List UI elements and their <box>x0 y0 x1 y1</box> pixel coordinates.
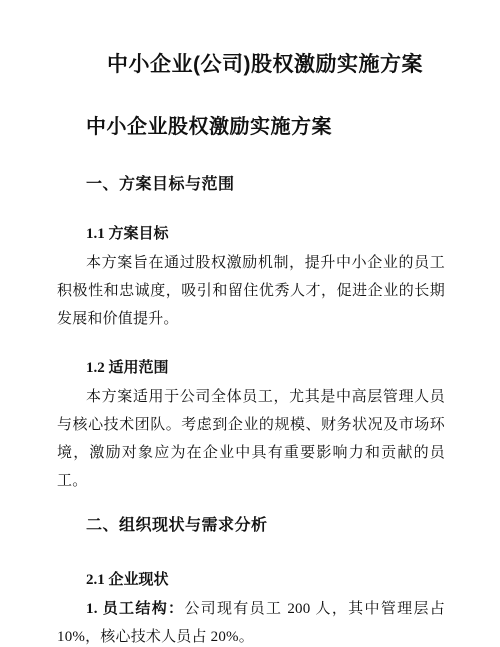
section-1-heading: 一、方案目标与范围 <box>86 174 445 196</box>
document-title: 中小企业(公司)股权激励实施方案 <box>57 50 445 80</box>
section-2-heading: 二、组织现状与需求分析 <box>86 515 445 537</box>
item-1-label: 1. 员工结构： <box>86 601 184 617</box>
subsection-2-1-item-1: 1. 员工结构：公司现有员工 200 人，其中管理层占 10%，核心技术人员占 … <box>57 595 445 647</box>
subsection-1-1-heading: 1.1 方案目标 <box>86 223 445 245</box>
document-subtitle: 中小企业股权激励实施方案 <box>86 113 445 141</box>
document-page: 中小企业(公司)股权激励实施方案 中小企业股权激励实施方案 一、方案目标与范围 … <box>0 0 500 647</box>
subsection-1-2-heading: 1.2 适用范围 <box>86 357 445 379</box>
subsection-1-1-paragraph: 本方案旨在通过股权激励机制，提升中小企业的员工积极性和忠诚度，吸引和留住优秀人才… <box>57 249 445 333</box>
subsection-2-1-heading: 2.1 企业现状 <box>86 569 445 591</box>
subsection-1-2-paragraph: 本方案适用于公司全体员工，尤其是中高层管理人员与核心技术团队。考虑到企业的规模、… <box>57 383 445 495</box>
